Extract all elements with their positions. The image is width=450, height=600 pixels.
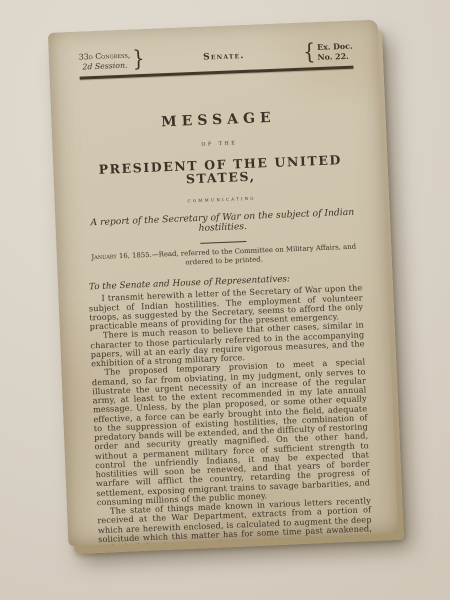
document-page: 33d Congress, 2d Session. } Senate. { Ex… [48, 20, 398, 547]
docket-date: January 16, 1855. [91, 251, 152, 261]
document-title: MESSAGE [81, 107, 355, 133]
title-author: PRESIDENT OF THE UNITED STATES, [83, 152, 358, 189]
document-content: 33d Congress, 2d Session. } Senate. { Ex… [48, 20, 398, 547]
doc-number-line: No. 22. [317, 51, 353, 62]
congress-session-label: 33d Congress, 2d Session. [79, 51, 131, 72]
document-number-label: Ex. Doc. No. 22. [317, 42, 353, 62]
left-brace-glyph: } [132, 49, 145, 71]
title-of-the: of the [82, 134, 356, 152]
docket-action: —Read, referred to the Committee on Mili… [152, 243, 357, 266]
session-line: 2d Session. [79, 60, 131, 72]
right-brace-glyph: { [303, 42, 316, 64]
chamber-label: Senate. [146, 48, 301, 64]
docket-line: January 16, 1855.—Read, referred to the … [91, 243, 357, 271]
title-subject: A report of the Secretary of War on the … [85, 207, 360, 238]
paragraph-3: The proposed temporary provision to meet… [91, 358, 370, 508]
section-rule [200, 241, 246, 245]
photo-background: 33d Congress, 2d Session. } Senate. { Ex… [0, 0, 450, 600]
title-communicating: communicating [85, 190, 359, 208]
